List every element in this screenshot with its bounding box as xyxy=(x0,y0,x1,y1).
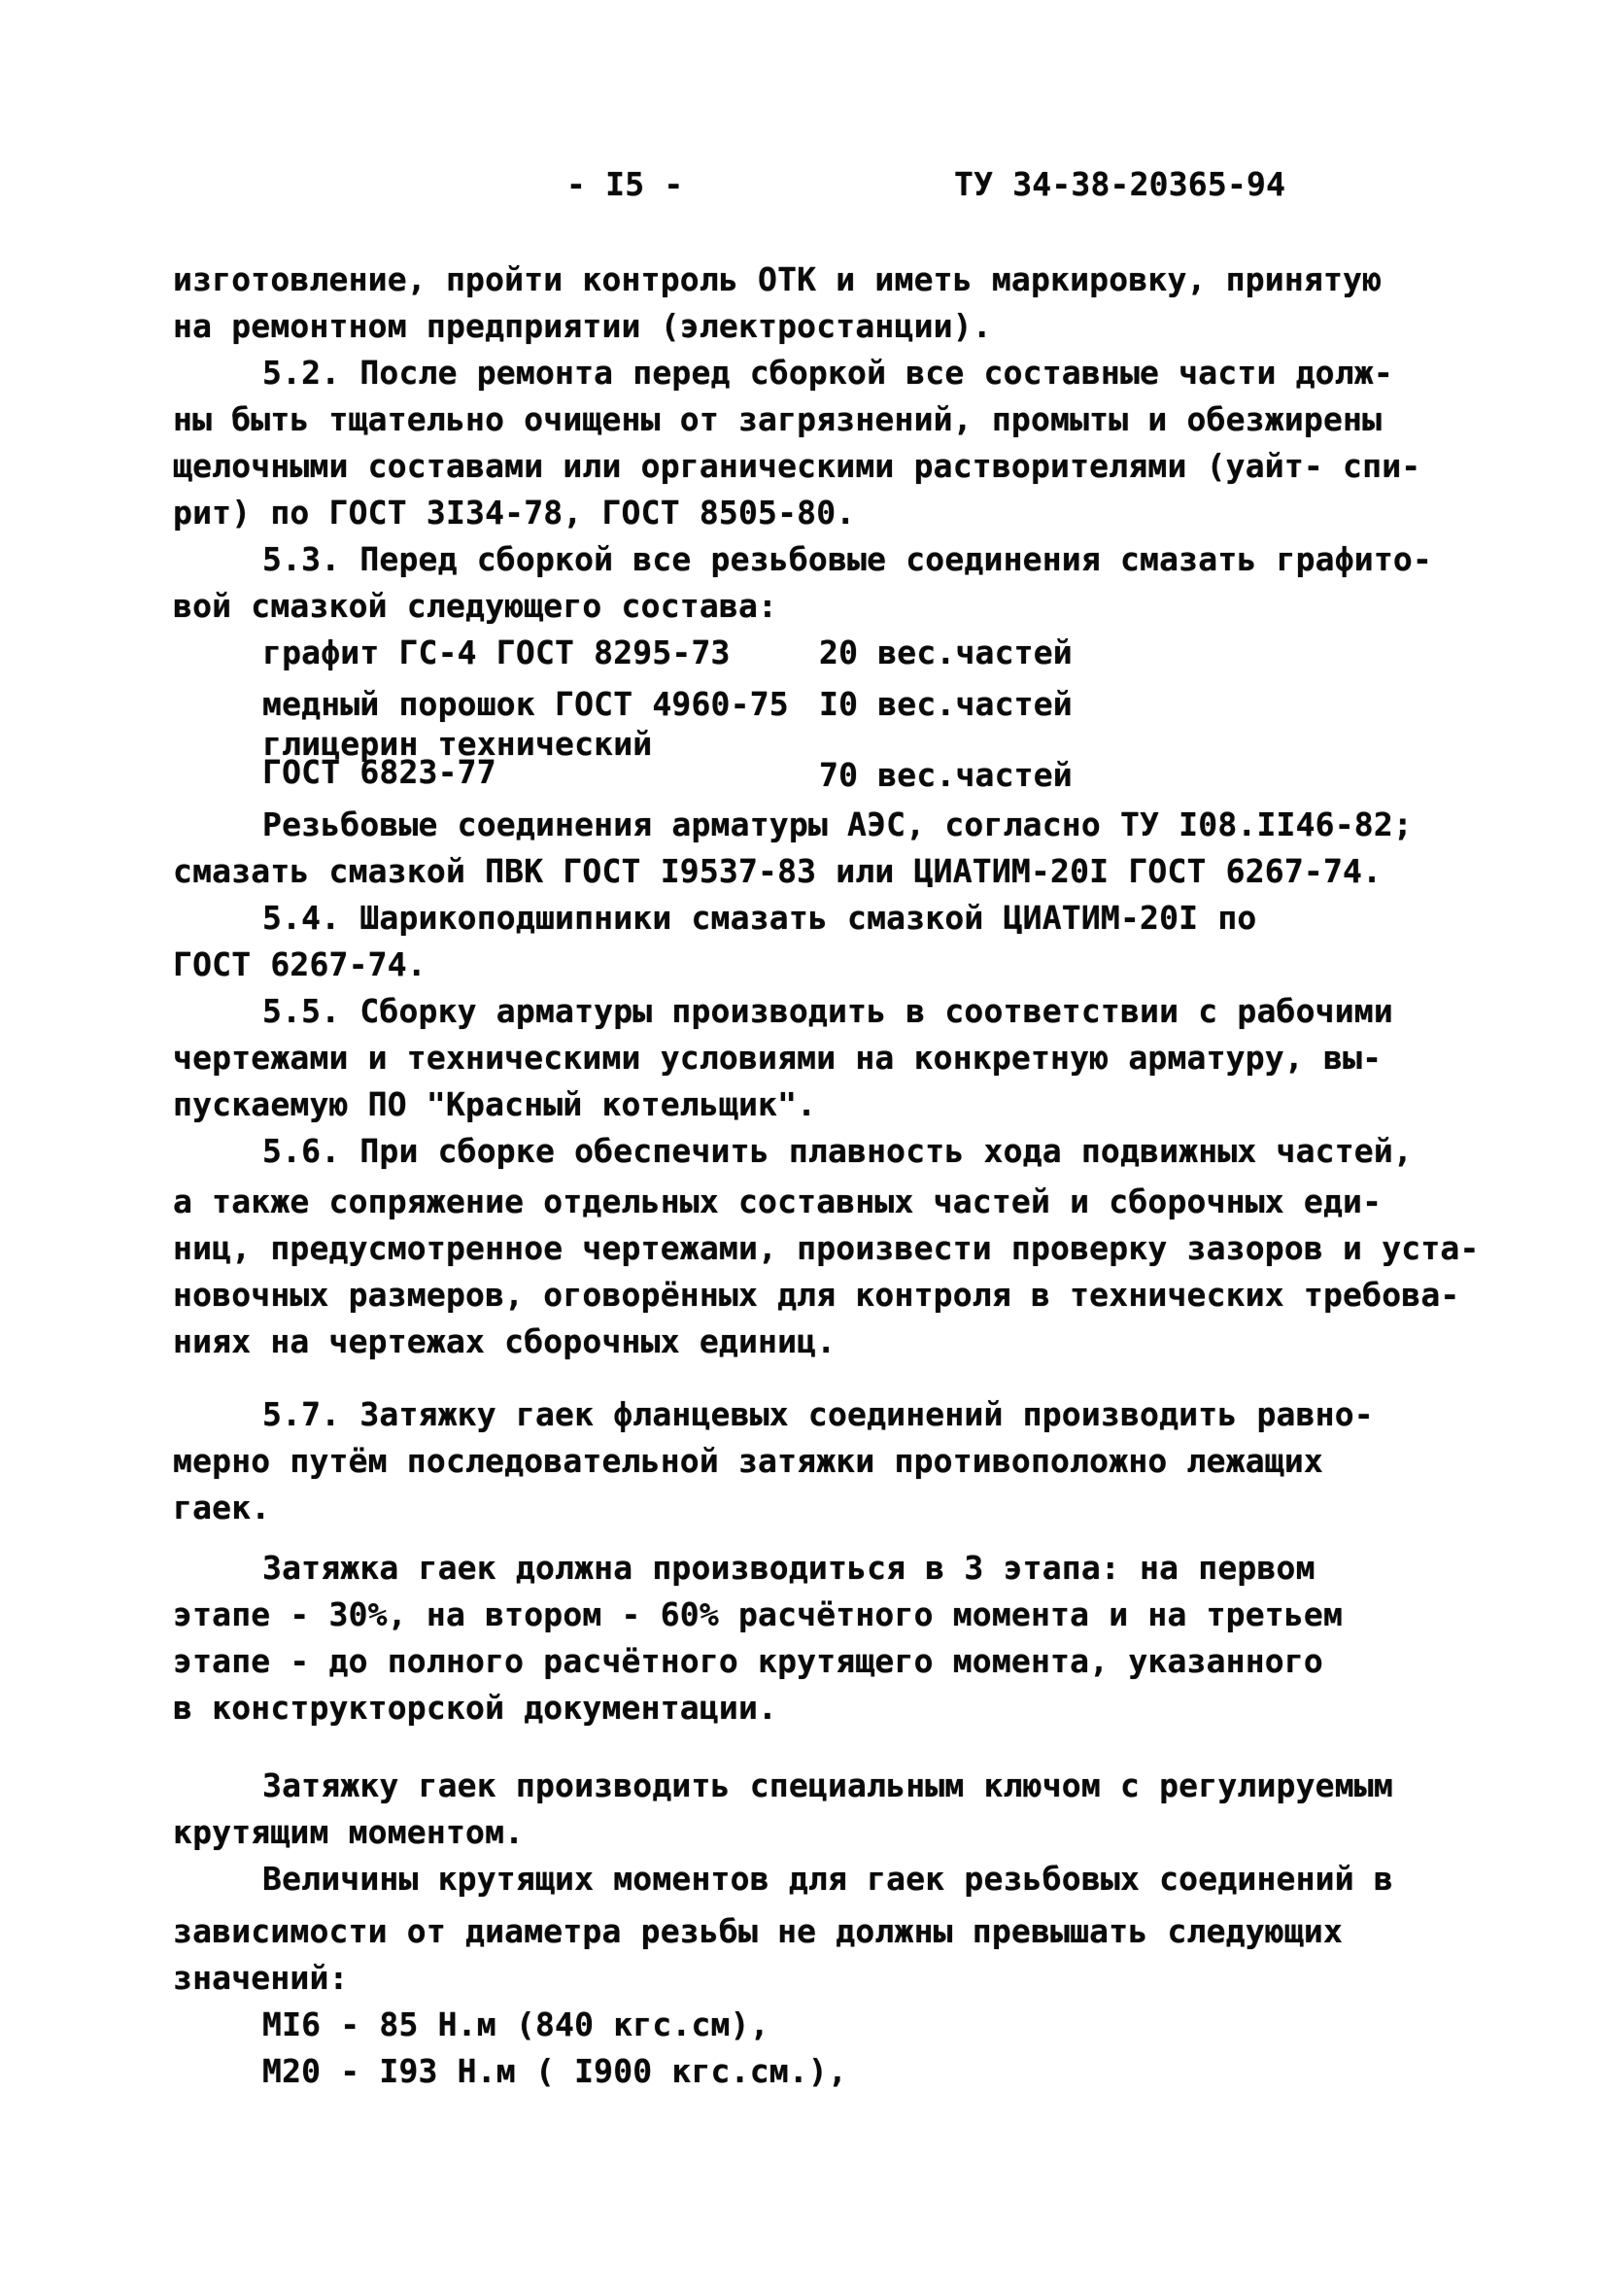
text-line: пускаемую ПО "Красный котельщик". xyxy=(173,1081,1553,1128)
text-line: этапе - до полного расчётного крутящего … xyxy=(173,1638,1553,1685)
composition-value: 20 вес.частей xyxy=(819,630,1073,676)
text-line: на ремонтном предприятии (электростанции… xyxy=(173,303,1553,350)
text-line: смазать смазкой ПВК ГОСТ I9537-83 или ЦИ… xyxy=(173,848,1553,895)
scanned-page: - I5 - ТУ 34-38-20365-94 изготовление, п… xyxy=(0,0,1606,2296)
page-header: - I5 - ТУ 34-38-20365-94 xyxy=(173,161,1553,208)
text-line: 5.2. После ремонта перед сборкой все сос… xyxy=(173,350,1553,396)
composition-row: медный порошок ГОСТ 4960-75I0 вес.частей xyxy=(173,681,1553,728)
text-line: вой смазкой следующего состава: xyxy=(173,583,1553,630)
text-line: Затяжку гаек производить специальным клю… xyxy=(173,1763,1553,1809)
text-line: ГОСТ 6267-74. xyxy=(173,942,1553,988)
text-line: ниях на чертежах сборочных единиц. xyxy=(173,1319,1553,1365)
text-line: МI6 - 85 Н.м (840 кгс.см), xyxy=(173,2002,1553,2048)
composition-value: 70 вес.частей xyxy=(819,761,1073,789)
text-line: Резьбовые соединения арматуры АЭС, согла… xyxy=(173,802,1553,848)
text-line: рит) по ГОСТ 3I34-78, ГОСТ 8505-80. xyxy=(173,490,1553,536)
text-line: зависимости от диаметра резьбы не должны… xyxy=(173,1908,1553,1955)
text-line: ны быть тщательно очищены от загрязнений… xyxy=(173,396,1553,443)
text-line: 5.4. Шарикоподшипники смазать смазкой ЦИ… xyxy=(173,895,1553,942)
text-line: мерно путём последовательной затяжки про… xyxy=(173,1438,1553,1485)
text-line: а также сопряжение отдельных составных ч… xyxy=(173,1179,1553,1225)
page-number: - I5 - xyxy=(566,161,683,208)
text-line: 5.5. Сборку арматуры производить в соотв… xyxy=(173,988,1553,1035)
text-line: Затяжка гаек должна производиться в 3 эт… xyxy=(173,1545,1553,1592)
text-line: щелочными составами или органическими ра… xyxy=(173,443,1553,490)
text-line: 5.7. Затяжку гаек фланцевых соединений п… xyxy=(173,1391,1553,1438)
text-line: значений: xyxy=(173,1955,1553,2002)
composition-value: I0 вес.частей xyxy=(819,681,1073,728)
text-line: гаек. xyxy=(173,1485,1553,1531)
text-line: 5.6. При сборке обеспечить плавность ход… xyxy=(173,1128,1553,1175)
page-content: - I5 - ТУ 34-38-20365-94 изготовление, п… xyxy=(173,0,1553,2095)
text-line: М20 - I93 Н.м ( I900 кгс.см.), xyxy=(173,2048,1553,2095)
text-line: чертежами и техническими условиями на ко… xyxy=(173,1035,1553,1081)
text-line: крутящим моментом. xyxy=(173,1809,1553,1856)
text-line: 5.3. Перед сборкой все резьбовые соедине… xyxy=(173,536,1553,583)
text-line: Величины крутящих моментов для гаек резь… xyxy=(173,1856,1553,1902)
composition-row: глицерин техническийГОСТ 6823-7770 вес.ч… xyxy=(173,730,1553,786)
text-block: изготовление, пройти контроль ОТК и имет… xyxy=(173,257,1553,2095)
document-number: ТУ 34-38-20365-94 xyxy=(954,161,1285,208)
text-line: этапе - 30%, на втором - 60% расчётного … xyxy=(173,1592,1553,1638)
composition-label: медный порошок ГОСТ 4960-75 xyxy=(262,685,789,723)
text-line: в конструкторской документации. xyxy=(173,1685,1553,1731)
text-line: ниц, предусмотренное чертежами, произвес… xyxy=(173,1225,1553,1272)
composition-row: графит ГС-4 ГОСТ 8295-7320 вес.частей xyxy=(173,630,1553,676)
composition-label: графит ГС-4 ГОСТ 8295-73 xyxy=(262,634,731,671)
text-line: изготовление, пройти контроль ОТК и имет… xyxy=(173,257,1553,303)
text-line: новочных размеров, оговорённых для контр… xyxy=(173,1272,1553,1319)
